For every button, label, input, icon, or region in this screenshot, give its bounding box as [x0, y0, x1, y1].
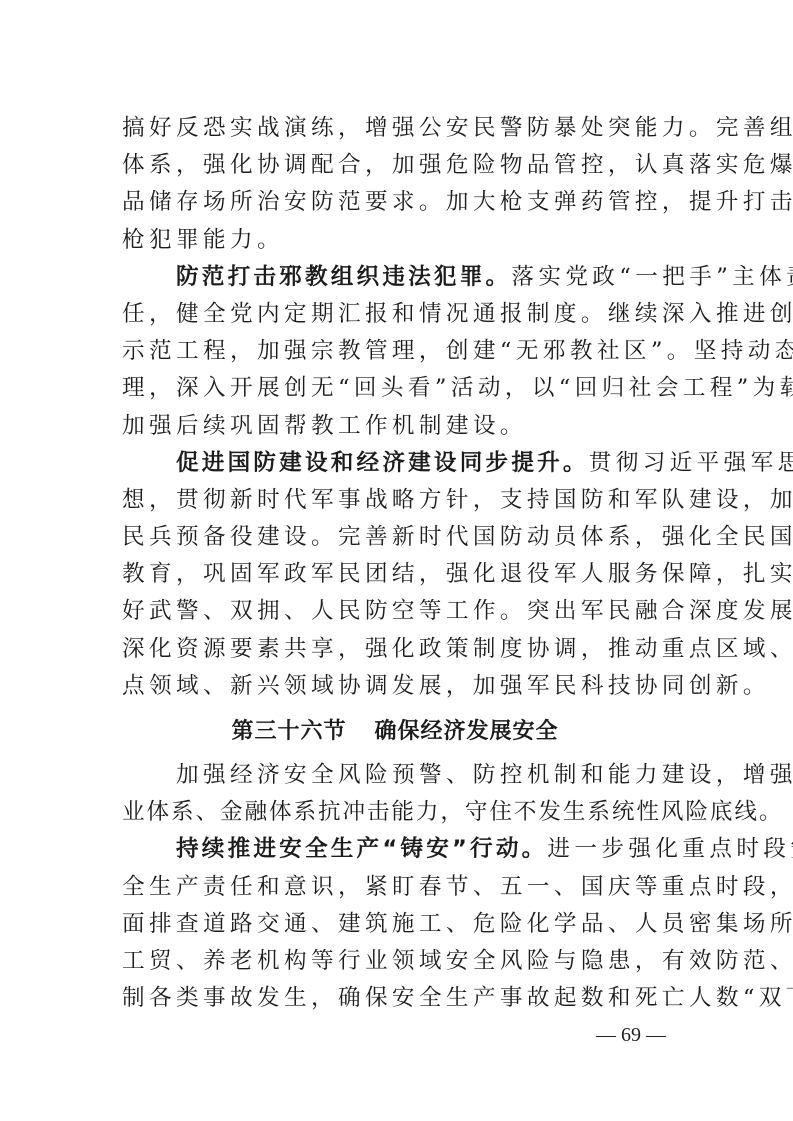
paragraph-national-defense: 促进国防建设和经济建设同步提升。贯彻习近平强军思 想，贯彻新时代军事战略方针，支…	[122, 445, 668, 705]
text-line: 加强后续巩固帮教工作机制建设。	[122, 408, 668, 445]
text-line: 理，深入开展创无“回头看”活动，以“回归社会工程”为载体，	[122, 370, 668, 407]
text-line: 民兵预备役建设。完善新时代国防动员体系，强化全民国防	[122, 519, 668, 556]
text-line: 枪犯罪能力。	[122, 222, 668, 259]
text-line: 持续推进安全生产“铸安”行动。进一步强化重点时段安	[122, 831, 668, 868]
paragraph-lead-bold: 持续推进安全生产“铸安”行动。	[176, 836, 547, 862]
text-run: 进一步强化重点时段安	[547, 836, 793, 862]
text-run: 落实党政“一把手”主体责	[511, 264, 793, 290]
paragraph-counter-terrorism: 搞好反恐实战演练，增强公安民警防暴处突能力。完善组织 体系，强化协调配合，加强危…	[122, 110, 668, 259]
text-line: 面排查道路交通、建筑施工、危险化学品、人员密集场所、	[122, 906, 668, 943]
paragraph-anti-cult: 防范打击邪教组织违法犯罪。落实党政“一把手”主体责 任，健全党内定期汇报和情况通…	[122, 259, 668, 445]
text-line: 促进国防建设和经济建设同步提升。贯彻习近平强军思	[122, 445, 668, 482]
text-line: 好武警、双拥、人民防空等工作。突出军民融合深度发展，	[122, 593, 668, 630]
paragraph-lead-bold: 防范打击邪教组织违法犯罪。	[176, 264, 511, 290]
text-line: 想，贯彻新时代军事战略方针，支持国防和军队建设，加强	[122, 482, 668, 519]
text-line: 品储存场所治安防范要求。加大枪支弹药管控，提升打击涉	[122, 184, 668, 221]
text-line: 点领域、新兴领域协调发展，加强军民科技协同创新。	[122, 668, 668, 705]
text-run: 贯彻习近平强军思	[589, 450, 793, 476]
text-line: 教育，巩固军政军民团结，强化退役军人服务保障，扎实做	[122, 556, 668, 593]
text-line: 搞好反恐实战演练，增强公安民警防暴处突能力。完善组织	[122, 110, 668, 147]
text-line: 全生产责任和意识，紧盯春节、五一、国庆等重点时段，全	[122, 869, 668, 906]
text-line: 业体系、金融体系抗冲击能力，守住不发生系统性风险底线。	[122, 794, 668, 831]
text-line: 任，健全党内定期汇报和情况通报制度。继续深入推进创无	[122, 296, 668, 333]
text-line: 加强经济安全风险预警、防控机制和能力建设，增强产	[122, 757, 668, 794]
section-title: 确保经济发展安全	[375, 719, 559, 744]
paragraph-economic-security-intro: 加强经济安全风险预警、防控机制和能力建设，增强产 业体系、金融体系抗冲击能力，守…	[122, 757, 668, 831]
document-page: 搞好反恐实战演练，增强公安民警防暴处突能力。完善组织 体系，强化协调配合，加强危…	[122, 110, 668, 1017]
text-line: 制各类事故发生，确保安全生产事故起数和死亡人数“双下	[122, 980, 668, 1017]
section-heading: 第三十六节确保经济发展安全	[122, 707, 668, 757]
text-line: 工贸、养老机构等行业领域安全风险与隐患，有效防范、遏	[122, 943, 668, 980]
page-number: — 69 —	[596, 1024, 666, 1047]
text-line: 防范打击邪教组织违法犯罪。落实党政“一把手”主体责	[122, 259, 668, 296]
text-line: 体系，强化协调配合，加强危险物品管控，认真落实危爆物	[122, 147, 668, 184]
section-number: 第三十六节	[231, 719, 346, 744]
paragraph-lead-bold: 促进国防建设和经济建设同步提升。	[176, 450, 589, 476]
text-line: 深化资源要素共享，强化政策制度协调，推动重点区域、重	[122, 631, 668, 668]
text-line: 示范工程，加强宗教管理，创建“无邪教社区”。坚持动态管	[122, 333, 668, 370]
paragraph-work-safety: 持续推进安全生产“铸安”行动。进一步强化重点时段安 全生产责任和意识，紧盯春节、…	[122, 831, 668, 1017]
